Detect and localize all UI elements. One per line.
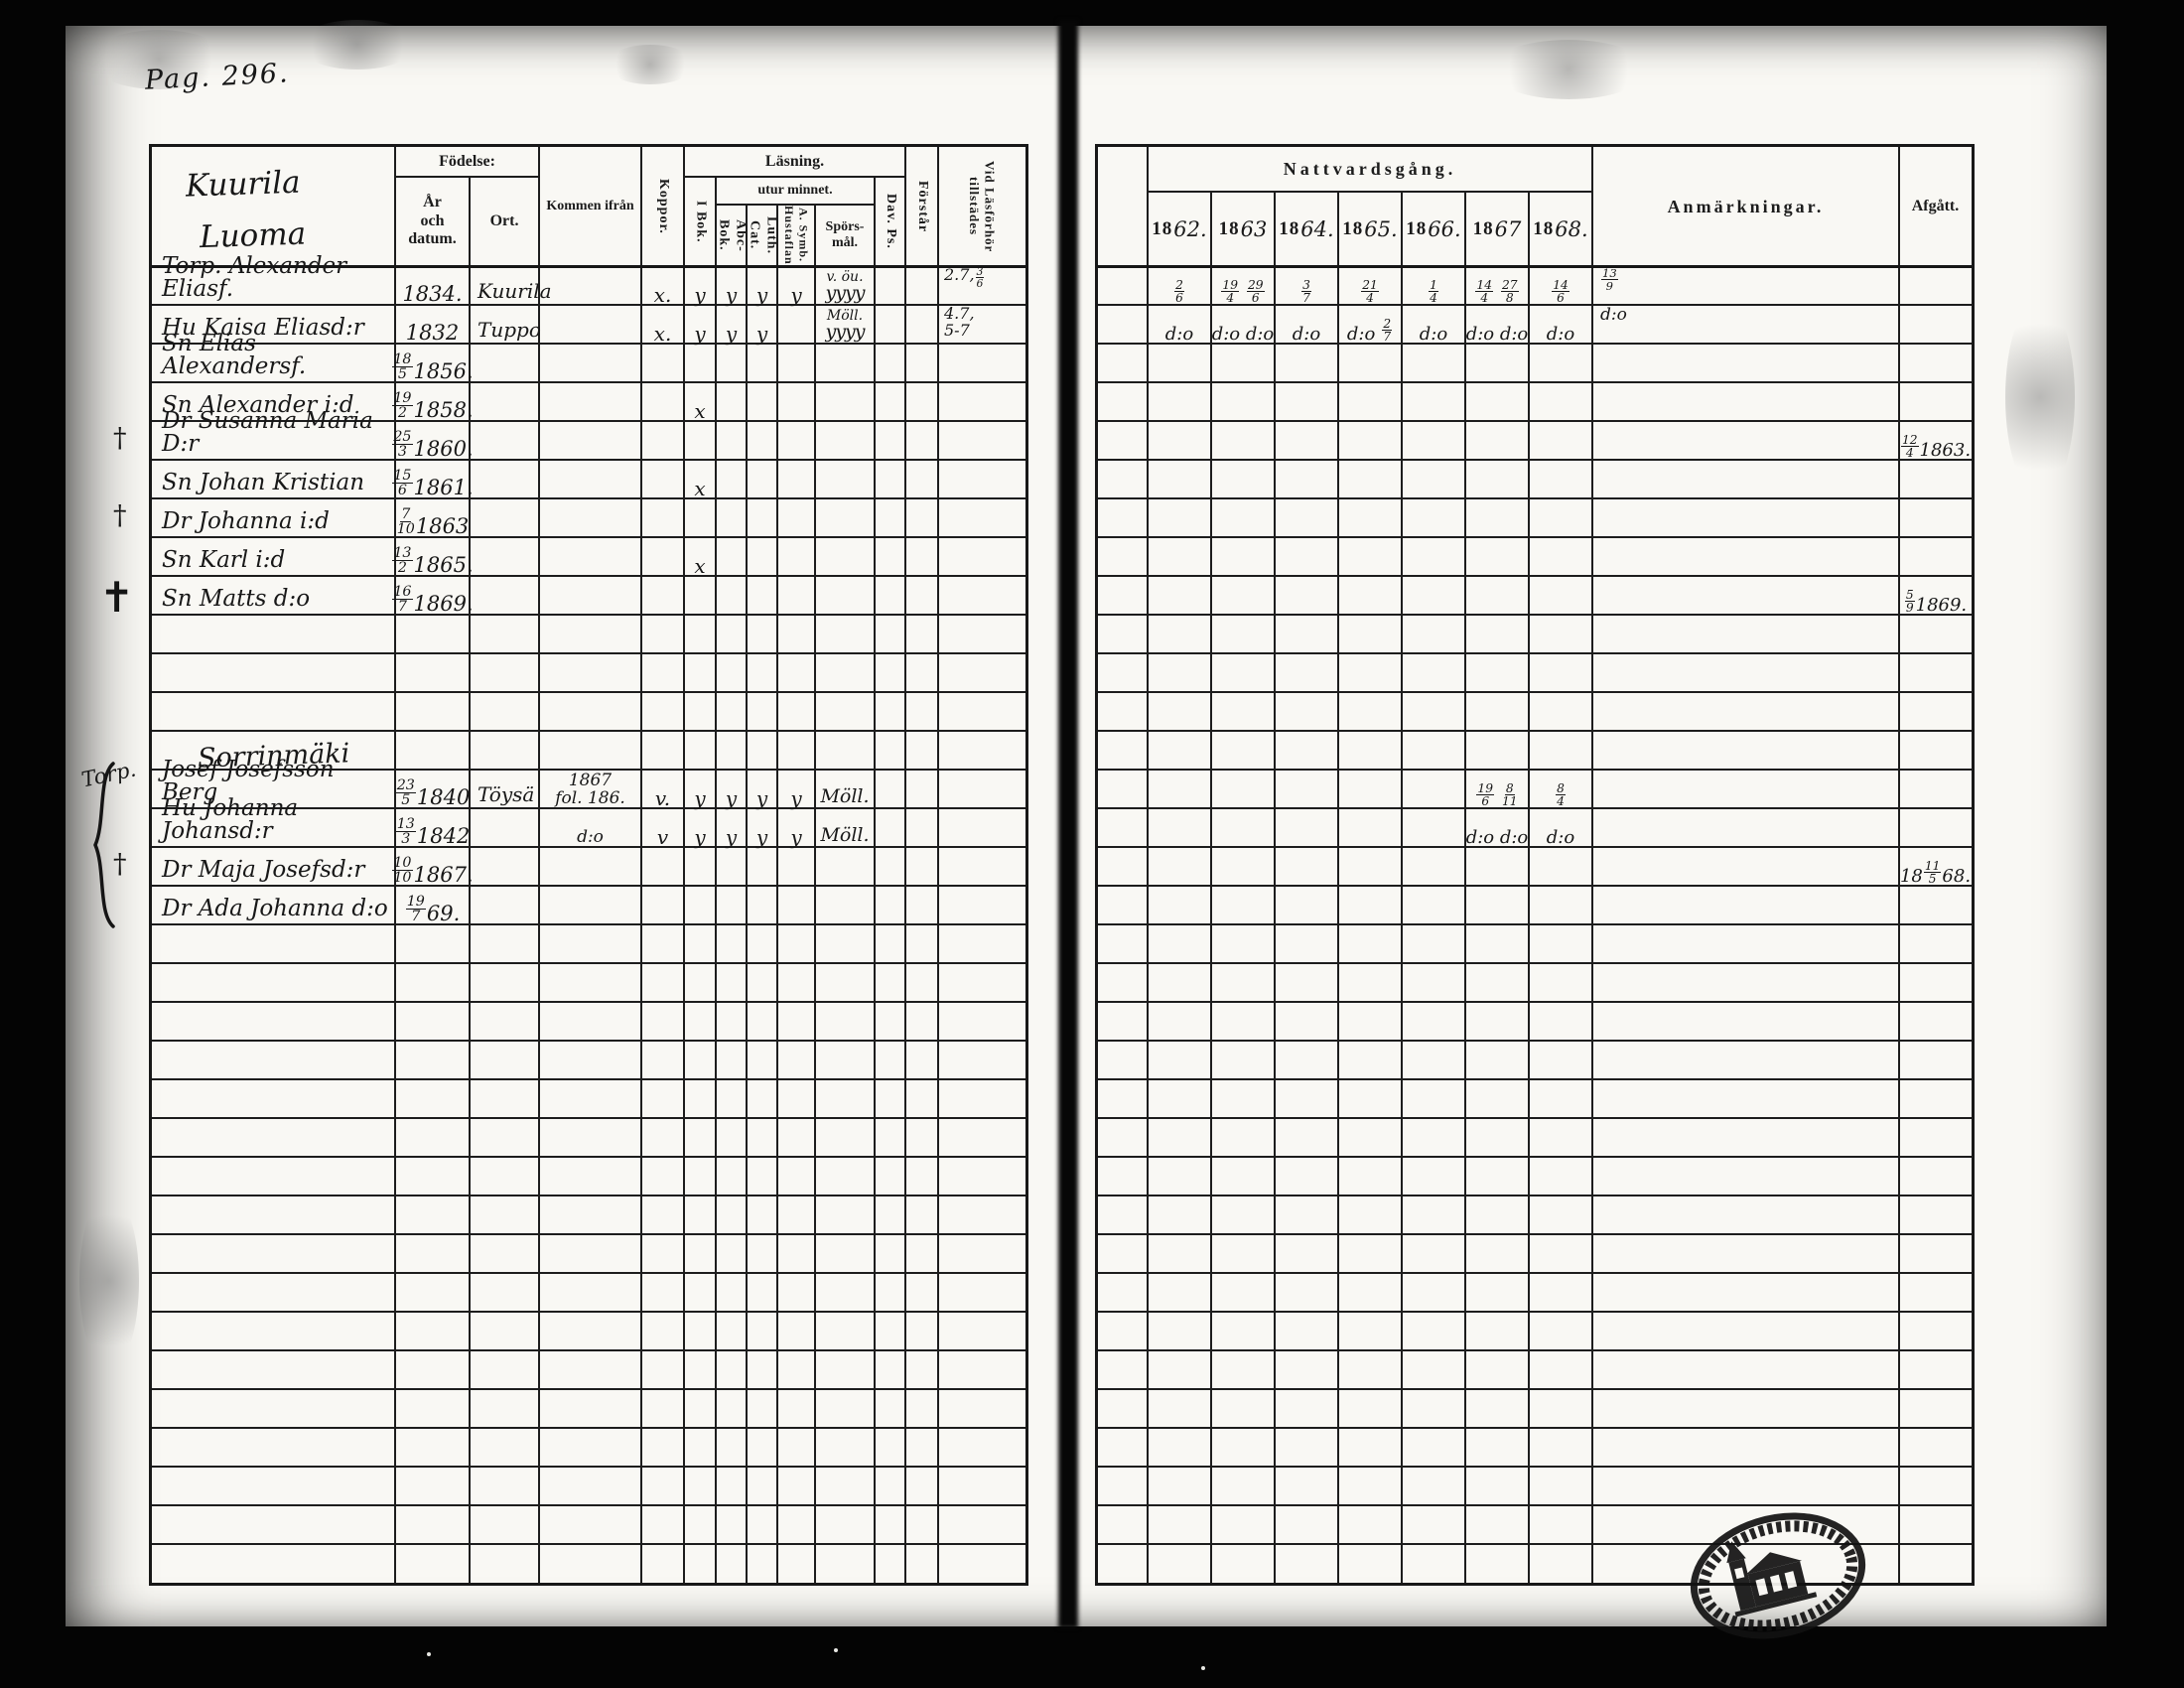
header-luth-cat-label: Luth. Cat.: [746, 205, 779, 266]
row-line: [1098, 420, 1972, 422]
birth-date: 132 1865.: [395, 537, 470, 578]
year-hand: 64.: [1300, 217, 1333, 241]
communion-date-1868: d:o: [1529, 305, 1592, 347]
row-line: [1098, 730, 1972, 732]
communion-date-1863: d:o d:o: [1211, 305, 1275, 347]
year-hand: 65.: [1364, 217, 1397, 241]
arrived-from: d:o: [539, 808, 641, 850]
row-line: [152, 962, 1025, 964]
row-line: [152, 691, 1025, 693]
birth-date: 235 1840: [395, 770, 470, 810]
header-abc-bok: Abc-Bok.: [716, 205, 747, 266]
sporsmal-note: Möll.: [820, 826, 869, 845]
birth-date: 253 1860.: [395, 421, 470, 462]
village-name: Luoma: [185, 212, 395, 255]
row-line: [1098, 1349, 1972, 1351]
book-gutter: [1058, 20, 1078, 1628]
row-line: [152, 1117, 1025, 1119]
ibok-mark: y: [684, 305, 716, 347]
grid-line: [684, 176, 905, 178]
year-hand: 67: [1495, 217, 1522, 241]
birth-date: 1832: [395, 305, 470, 346]
arrived-from: 1867fol. 186.: [539, 770, 641, 811]
row-line: [1098, 652, 1972, 654]
year-header: 1863: [1211, 192, 1275, 266]
year-hand: 63: [1241, 217, 1268, 241]
row-line: [1098, 885, 1972, 887]
row-line: [152, 1156, 1025, 1158]
year-hand: 62.: [1173, 217, 1206, 241]
abc-mark: y: [716, 266, 747, 308]
header-afgatt: Afgått.: [1899, 147, 1972, 266]
header-fodelse: Födelse:: [395, 147, 539, 177]
grid-line: [640, 147, 642, 1583]
luth-mark: y: [747, 266, 777, 308]
year-printed: 18: [1219, 218, 1240, 240]
row-line: [152, 1427, 1025, 1429]
birth-date: 710 1863: [395, 498, 470, 539]
row-line: [152, 1272, 1025, 1274]
row-line: [1098, 614, 1972, 616]
row-line: [1098, 1156, 1972, 1158]
village-name: Kuurila: [185, 161, 395, 204]
communion-date-1862: d:o: [1148, 305, 1211, 347]
row-line: [152, 1504, 1025, 1506]
communion-table: Nattvardsgång. Anmärkningar. Afgått. 186…: [1095, 144, 1975, 1586]
person-name: Torp. Alexander Eliasf.: [152, 266, 395, 305]
ibok-mark: x: [684, 382, 716, 424]
person-name: Sn Johan Kristian: [152, 460, 395, 498]
header-anmarkningar: Anmärkningar.: [1592, 147, 1899, 266]
grid-line: [683, 147, 685, 1583]
scan-smudge: [2005, 298, 2075, 496]
year-printed: 18: [1533, 218, 1554, 240]
person-name: Dr Maja Josefsd:r: [152, 847, 395, 886]
grid-line: [776, 205, 778, 1583]
row-line: [152, 1466, 1025, 1468]
row-line: [1098, 1311, 1972, 1313]
row-line: [1098, 691, 1972, 693]
koppor-mark: x.: [641, 305, 684, 347]
row-line: [1098, 962, 1972, 964]
row-line: [152, 1078, 1025, 1080]
koppor-mark: v.: [641, 770, 684, 811]
grid-line: [716, 204, 875, 206]
header-dav-ps: Dav. Ps.: [875, 177, 905, 266]
ibok-mark: y: [684, 808, 716, 850]
birth-date: 1010 1867.: [395, 847, 470, 888]
scan-dot: [427, 1652, 431, 1656]
communion-date-1864: 37: [1275, 266, 1338, 308]
row-line: [1098, 1117, 1972, 1119]
remark-entry: d:o: [1592, 305, 1899, 344]
row-line: [1098, 1466, 1972, 1468]
sporsmal-marks: Möll.: [815, 770, 875, 808]
koppor-mark: v: [641, 808, 684, 850]
header-koppor: Koppor.: [641, 147, 684, 266]
grid-line: [1274, 192, 1276, 1583]
ibok-mark: y: [684, 266, 716, 308]
departed-date: 59 1869.: [1899, 576, 1972, 618]
header-ar-datum: År och datum.: [395, 177, 470, 266]
header-i-bok-label: I Bok.: [692, 201, 709, 243]
row-line: [1098, 1078, 1972, 1080]
abc-mark: y: [716, 770, 747, 811]
abc-mark: y: [716, 305, 747, 347]
year-printed: 18: [1342, 218, 1363, 240]
row-line: [1098, 575, 1972, 577]
grid-line: [1337, 192, 1339, 1583]
grid-line: [937, 147, 939, 1583]
deceased-cross-mark: ✝: [99, 573, 134, 622]
row-line: [1098, 1233, 1972, 1235]
header-utur-minnet: utur minnet.: [716, 177, 875, 205]
row-line: [152, 1001, 1025, 1003]
header-sporsmal: Spörs- mål.: [815, 205, 875, 266]
communion-date-1867: 144 278: [1465, 266, 1529, 308]
ibok-mark: x: [684, 537, 716, 579]
year-printed: 18: [1406, 218, 1427, 240]
communion-date-1868: d:o: [1529, 808, 1592, 850]
birth-place: Kuurila: [470, 266, 539, 305]
deceased-cross-mark: †: [113, 500, 127, 531]
communion-date-1868: 146: [1529, 266, 1592, 308]
header-a-symb-label: A. Symb. Hustaflan: [782, 206, 811, 265]
communion-date-1867: 196 811: [1465, 770, 1529, 811]
row-line: [1098, 1272, 1972, 1274]
communion-date-1862: 26: [1148, 266, 1211, 308]
row-line: [152, 1349, 1025, 1351]
row-line: [1098, 536, 1972, 538]
scan-smudge: [606, 45, 695, 84]
row-line: [152, 1543, 1025, 1545]
header-a-symb-hustaflan: A. Symb. Hustaflan: [777, 205, 815, 266]
grid-line: [395, 176, 539, 178]
symb-mark: y: [777, 266, 815, 308]
row-line: [1098, 1195, 1972, 1196]
person-name: Sn Karl i:d: [152, 537, 395, 576]
birth-date: 156 1861.: [395, 460, 470, 500]
header-koppor-label: Koppor.: [654, 179, 671, 234]
symb-mark: y: [777, 770, 815, 811]
header-i-bok: I Bok.: [684, 177, 716, 266]
grid-line: [904, 147, 906, 1583]
birth-date: 192 1858.: [395, 382, 470, 423]
row-line: [1098, 381, 1972, 383]
sporsmal-marks: Möll.: [815, 808, 875, 847]
lasforhor-attendance: 4.7,5-7: [938, 305, 1025, 344]
communion-date-1867: d:o d:o: [1465, 305, 1529, 347]
communion-date-1867: d:o d:o: [1465, 808, 1529, 850]
sporsmal-marks: Möll.yyyy: [815, 305, 875, 344]
birth-place: Töysä: [470, 770, 539, 808]
birth-date: 1834.: [395, 266, 470, 307]
scan-smudge: [298, 20, 417, 70]
departed-date: 124 1863.: [1899, 421, 1972, 463]
document-scan: Pag. 296. Kuurila Luoma Födelse: År och …: [0, 0, 2184, 1688]
header-forstar-label: Förstår: [913, 181, 930, 232]
birth-place: Tuppo: [470, 305, 539, 344]
communion-date-1868: 84: [1529, 770, 1592, 811]
birth-date: 197 69.: [395, 886, 470, 926]
row-line: [1098, 1388, 1972, 1390]
person-name: Hu Johanna Johansd:r: [152, 808, 395, 847]
village-heading: Kuurila Luoma: [152, 147, 395, 266]
row-line: [152, 1388, 1025, 1390]
luth-mark: y: [747, 305, 777, 347]
header-vid-lasforhor: Vid Läsförhör tillstädes: [938, 147, 1025, 266]
departed-date: 18 115 68.: [1899, 847, 1972, 889]
communion-date-1866: d:o: [1402, 305, 1465, 347]
year-header: 1866.: [1402, 192, 1465, 266]
grid-line: [1528, 192, 1530, 1583]
symb-mark: y: [777, 808, 815, 850]
header-lasning: Läsning.: [684, 147, 905, 177]
person-name: Dr Ada Johanna d:o: [152, 886, 395, 924]
year-hand: 68.: [1555, 217, 1587, 241]
lasforhor-attendance: 2.7,36: [938, 266, 1025, 305]
communion-date-1866: 14: [1402, 266, 1465, 308]
sporsmal-note: Möll.: [820, 787, 869, 806]
sporsmal-marks: v. öu.yyyy: [815, 266, 875, 305]
sporsmal-mark: yyyy: [826, 323, 865, 342]
person-name: Dr Susanna Maria D:r: [152, 421, 395, 460]
header-kommen-ifran: Kommen ifrån: [539, 147, 641, 266]
row-line: [1098, 923, 1972, 925]
birth-date: 133 1842: [395, 808, 470, 849]
row-line: [1098, 1427, 1972, 1429]
scan-dot: [1201, 1666, 1205, 1670]
grid-line: [746, 205, 748, 1583]
year-printed: 18: [1473, 218, 1494, 240]
header-ort: Ort.: [470, 177, 539, 266]
grid-line: [1147, 147, 1149, 1583]
header-vid-lasforhor-label: Vid Läsförhör tillstädes: [966, 161, 997, 252]
row-line: [1098, 1001, 1972, 1003]
person-name: Sn Matts d:o: [152, 576, 395, 615]
grid-line: [538, 147, 540, 1583]
ibok-mark: x: [684, 460, 716, 501]
row-line: [152, 1195, 1025, 1196]
person-name: Sn Elias Alexandersf.: [152, 344, 395, 382]
abc-mark: y: [716, 808, 747, 850]
communion-date-1863: 194 296: [1211, 266, 1275, 308]
row-line: [1098, 497, 1972, 499]
year-header: 1865.: [1338, 192, 1402, 266]
grid-line: [1401, 192, 1403, 1583]
year-hand: 66.: [1428, 217, 1460, 241]
header-nattvardsgang: Nattvardsgång.: [1148, 147, 1592, 192]
scan-dot: [834, 1648, 838, 1652]
grid-line: [814, 205, 816, 1583]
year-header: 1862.: [1148, 192, 1211, 266]
year-header: 1868.: [1529, 192, 1592, 266]
sporsmal-mark: yyyy: [826, 284, 865, 303]
deceased-cross-mark: †: [113, 423, 127, 454]
person-name: Dr Johanna i:d: [152, 498, 395, 537]
header-luth-cat: Luth. Cat.: [747, 205, 777, 266]
communion-date-1864: d:o: [1275, 305, 1338, 347]
scan-smudge: [1489, 40, 1648, 99]
row-line: [152, 1233, 1025, 1235]
luth-mark: y: [747, 770, 777, 811]
header-forstar: Förstår: [905, 147, 938, 266]
grid-line: [874, 177, 876, 1583]
household-examination-table: Kuurila Luoma Födelse: År och datum. Ort…: [149, 144, 1028, 1586]
row-line: [152, 1311, 1025, 1313]
grid-line: [1210, 192, 1212, 1583]
grid-line: [1464, 192, 1466, 1583]
year-header: 1867: [1465, 192, 1529, 266]
luth-mark: y: [747, 808, 777, 850]
birth-date: 185 1856.: [395, 344, 470, 384]
scan-smudge: [79, 1192, 139, 1370]
communion-date-1865: d:o 27: [1338, 305, 1402, 347]
grid-line: [1591, 147, 1593, 1583]
koppor-mark: x.: [641, 266, 684, 308]
row-line: [1098, 1040, 1972, 1042]
header-abc-bok-label: Abc-Bok.: [715, 205, 749, 266]
year-printed: 18: [1152, 218, 1172, 240]
birth-date: 167 1869.: [395, 576, 470, 617]
ibok-mark: y: [684, 770, 716, 811]
header-dav-ps-label: Dav. Ps.: [882, 194, 898, 249]
communion-date-1865: 214: [1338, 266, 1402, 308]
row-line: [1098, 459, 1972, 461]
year-printed: 18: [1279, 218, 1299, 240]
year-header: 1864.: [1275, 192, 1338, 266]
row-line: [152, 652, 1025, 654]
row-line: [152, 1040, 1025, 1042]
remark-entry: 139: [1592, 266, 1899, 305]
